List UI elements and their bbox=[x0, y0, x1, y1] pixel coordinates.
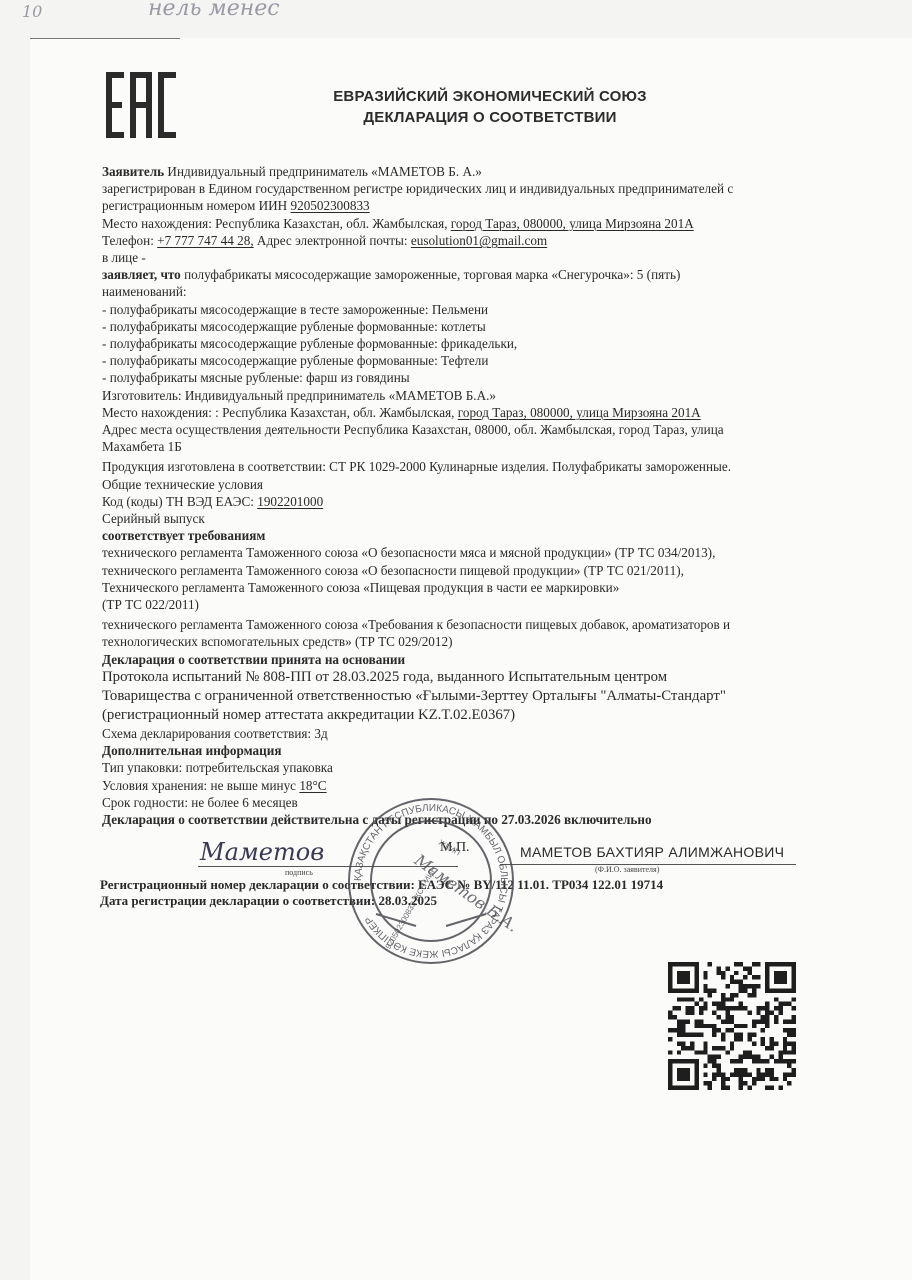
applicant-location-prefix: Место нахождения: Республика Казахстан, … bbox=[102, 216, 448, 231]
hs-code: 1902201000 bbox=[257, 494, 323, 509]
declares-line: заявляет, что полуфабрикаты мясосодержащ… bbox=[102, 266, 812, 283]
email-label: Адрес электронной почты: bbox=[257, 233, 408, 248]
manufacturer-location-address: город Тараз, 080000, улица Мирзояна 201А bbox=[458, 405, 701, 420]
manufacturing-standard: Продукция изготовлена в соответствии: СТ… bbox=[102, 458, 812, 475]
handwritten-note: нель менес bbox=[148, 0, 280, 21]
storage-label: Условия хранения: не выше минус bbox=[102, 778, 296, 793]
storage-conditions: Условия хранения: не выше минус 18°С bbox=[102, 777, 812, 794]
serial-production: Серийный выпуск bbox=[102, 510, 812, 527]
reg-number-label: регистрационным номером ИИН bbox=[102, 198, 287, 213]
document-header: ЕВРАЗИЙСКИЙ ЭКОНОМИЧЕСКИЙ СОЮЗ ДЕКЛАРАЦИ… bbox=[310, 86, 670, 128]
basis-line: Товарищества с ограниченной ответственно… bbox=[102, 687, 812, 706]
stamp-small-text: ЖКИП bbox=[437, 838, 462, 858]
basis-line: Протокола испытаний № 808-ПП от 28.03.20… bbox=[102, 668, 812, 687]
activity-address: Адрес места осуществления деятельности Р… bbox=[102, 421, 812, 438]
applicant-full-name: МАМЕТОВ БАХТИЯР АЛИМЖАНОВИЧ bbox=[520, 844, 784, 860]
top-rule bbox=[30, 38, 180, 39]
official-stamp-icon: ҚАЗАҚСТАН РЕСПУБЛИКАСЫ ЖАМБЫЛ ОБЛЫСЫ ТАР… bbox=[346, 796, 516, 966]
requirement-line: технического регламента Таможенного союз… bbox=[102, 562, 812, 579]
declares-text-continued: наименований: bbox=[102, 283, 812, 300]
eac-logo-icon bbox=[104, 72, 178, 138]
requirement-line: технологических вспомогательных средств»… bbox=[102, 633, 812, 650]
basis-line: (регистрационный номер аттестата аккреди… bbox=[102, 706, 812, 725]
name-caption: (Ф.И.О. заявителя) bbox=[595, 865, 659, 874]
declares-text: полуфабрикаты мясосодержащие замороженны… bbox=[184, 267, 680, 282]
declaration-scheme: Схема декларирования соответствия: 3д bbox=[102, 725, 812, 742]
manufacturer-name: Изготовитель: Индивидуальный предпринима… bbox=[102, 387, 812, 404]
product-item: - полуфабрикаты мясные рубленые: фарш из… bbox=[102, 369, 812, 386]
activity-address-continued: Махамбета 1Б bbox=[102, 438, 812, 455]
additional-info-heading: Дополнительная информация bbox=[102, 742, 812, 759]
requirement-line: Технического регламента Таможенного союз… bbox=[102, 579, 812, 596]
product-item: - полуфабрикаты мясосодержащие рубленые … bbox=[102, 335, 812, 352]
header-union-title: ЕВРАЗИЙСКИЙ ЭКОНОМИЧЕСКИЙ СОЮЗ bbox=[310, 86, 670, 107]
hs-code-label: Код (коды) ТН ВЭД ЕАЭС: bbox=[102, 494, 254, 509]
requirement-line: (ТР ТС 022/2011) bbox=[102, 596, 812, 613]
storage-temperature: 18°С bbox=[299, 778, 326, 793]
applicant-location-line: Место нахождения: Республика Казахстан, … bbox=[102, 215, 812, 232]
applicant-reg-number-line: регистрационным номером ИИН 920502300833 bbox=[102, 197, 812, 214]
applicant-contact-line: Телефон: +7 777 747 44 28, Адрес электро… bbox=[102, 232, 812, 249]
requirement-line: технического регламента Таможенного союз… bbox=[102, 544, 812, 561]
applicant-line: Заявитель Индивидуальный предприниматель… bbox=[102, 163, 812, 180]
basis-heading: Декларация о соответствии принята на осн… bbox=[102, 651, 812, 668]
manufacturing-standard-continued: Общие технические условия bbox=[102, 476, 812, 493]
declares-label: заявляет, что bbox=[102, 267, 181, 282]
handwritten-page-number: 10 bbox=[22, 2, 42, 21]
phone-label: Телефон: bbox=[102, 233, 154, 248]
qr-code-icon bbox=[668, 962, 796, 1090]
applicant-in-person: в лице - bbox=[102, 249, 812, 266]
product-item: - полуфабрикаты мясосодержащие рубленые … bbox=[102, 318, 812, 335]
applicant-phone: +7 777 747 44 28, bbox=[157, 233, 253, 248]
signature-caption: подпись bbox=[285, 868, 313, 877]
applicant-name: Индивидуальный предприниматель «МАМЕТОВ … bbox=[167, 164, 481, 179]
applicant-location-address: город Тараз, 080000, улица Мирзояна 201А bbox=[451, 216, 694, 231]
document-body: Заявитель Индивидуальный предприниматель… bbox=[102, 163, 812, 828]
product-item: - полуфабрикаты мясосодержащие рубленые … bbox=[102, 352, 812, 369]
requirement-line: технического регламента Таможенного союз… bbox=[102, 616, 812, 633]
requirements-heading: соответствует требованиям bbox=[102, 527, 812, 544]
manufacturer-location-prefix: Место нахождения: : Республика Казахстан… bbox=[102, 405, 454, 420]
applicant-iin: 920502300833 bbox=[291, 198, 370, 213]
applicant-registered: зарегистрирован в Едином государственном… bbox=[102, 180, 812, 197]
handwritten-signature: Маметов bbox=[200, 838, 324, 866]
applicant-email[interactable]: eusolution01@gmail.com bbox=[411, 233, 547, 248]
product-item: - полуфабрикаты мясосодержащие в тесте з… bbox=[102, 301, 812, 318]
hs-code-line: Код (коды) ТН ВЭД ЕАЭС: 1902201000 bbox=[102, 493, 812, 510]
packaging-type: Тип упаковки: потребительская упаковка bbox=[102, 759, 812, 776]
manufacturer-location-line: Место нахождения: : Республика Казахстан… bbox=[102, 404, 812, 421]
header-declaration-title: ДЕКЛАРАЦИЯ О СООТВЕТСТВИИ bbox=[310, 107, 670, 128]
applicant-label: Заявитель bbox=[102, 164, 164, 179]
